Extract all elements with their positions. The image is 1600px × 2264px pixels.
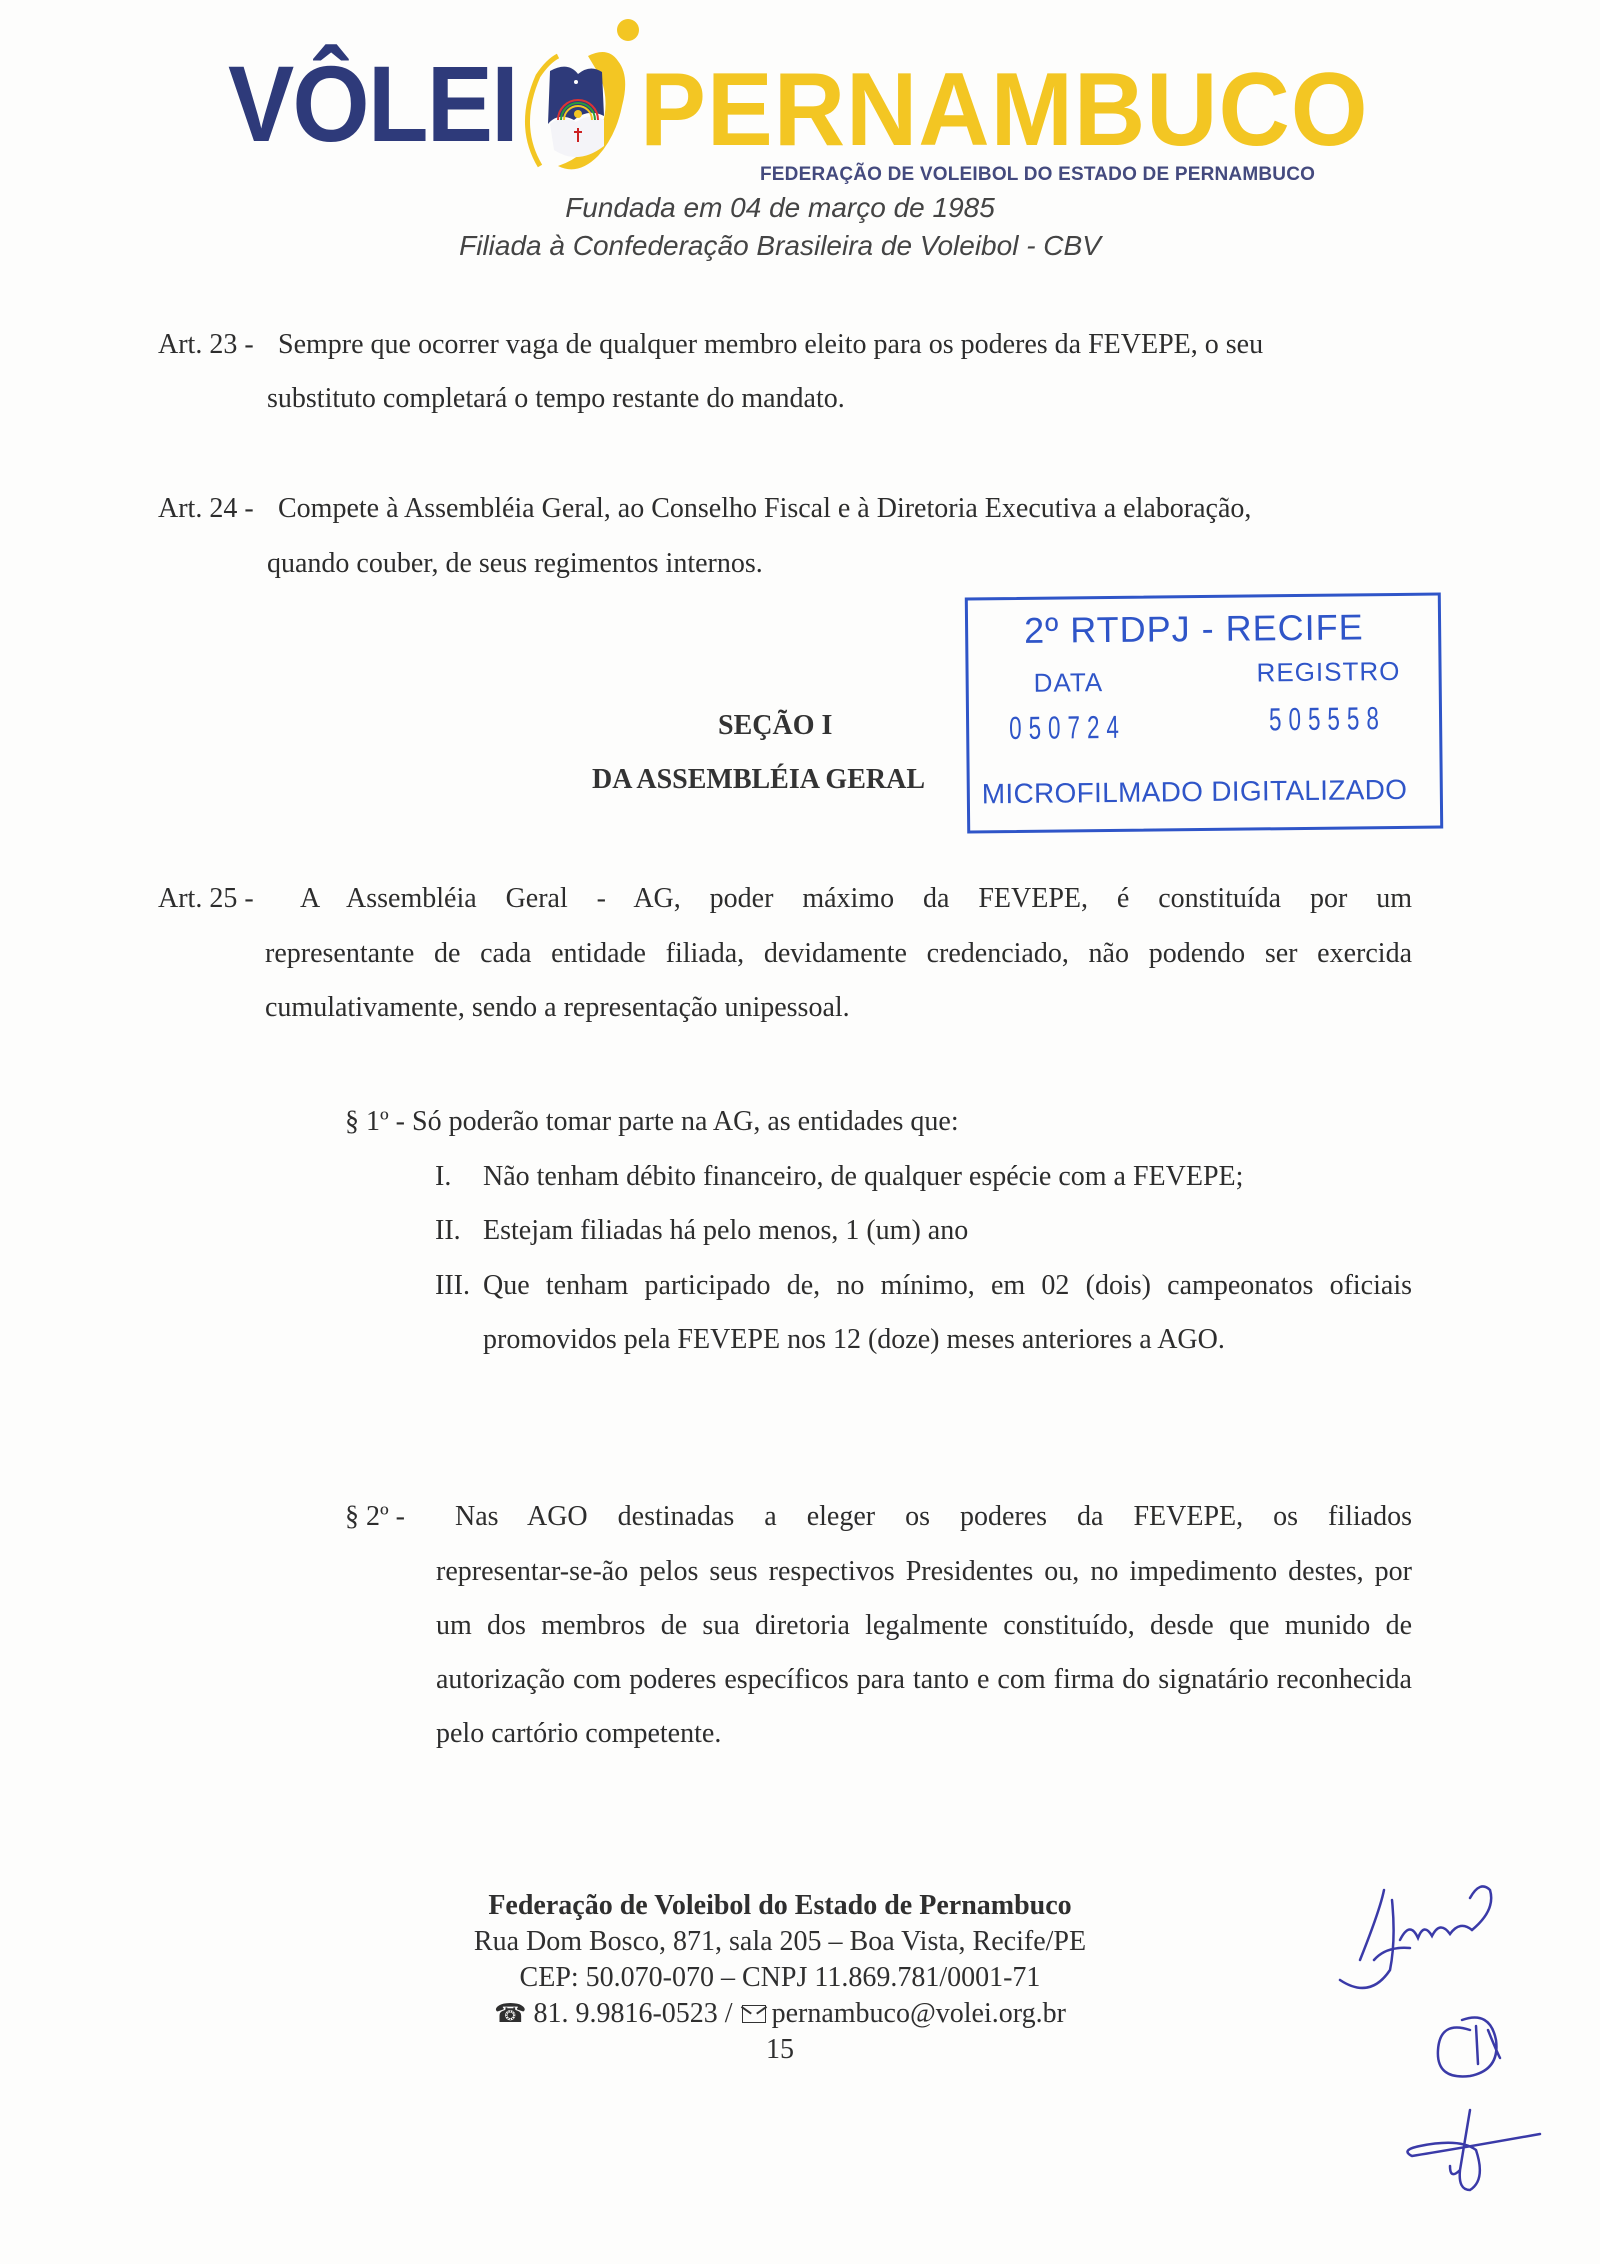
art25-line1: A Assembléia Geral - AG, poder máximo da… <box>300 872 1412 926</box>
item-3-num: III. <box>435 1259 470 1313</box>
paragraph-2-line1: Nas AGO destinadas a eleger os poderes d… <box>455 1490 1412 1544</box>
logo-volei-text: VÔLEI <box>228 50 517 158</box>
stamp-data-label: DATA <box>1034 667 1104 699</box>
stamp-registro-label: REGISTRO <box>1256 656 1400 689</box>
item-1-text: Não tenham débito financeiro, de qualque… <box>483 1150 1243 1204</box>
item-2-text: Estejam filiadas há pelo menos, 1 (um) a… <box>483 1204 968 1258</box>
art23-line1: Sempre que ocorrer vaga de qualquer memb… <box>278 318 1263 372</box>
section-title: SEÇÃO I <box>718 710 832 742</box>
art25-rest: representante de cada entidade filiada, … <box>265 927 1412 1035</box>
art24-line1: Compete à Assembléia Geral, ao Conselho … <box>278 482 1251 536</box>
section-subtitle: DA ASSEMBLÉIA GERAL <box>592 764 925 796</box>
logo-subtitle: FEDERAÇÃO DE VOLEIBOL DO ESTADO DE PERNA… <box>760 164 1315 186</box>
art23-label: Art. 23 - <box>158 318 254 372</box>
logo-pernambuco-text: PERNAMBUCO <box>640 58 1369 162</box>
art24-line2: quando couber, de seus regimentos intern… <box>267 537 763 591</box>
paragraph-2-rest: representar-se-ão pelos seus respectivos… <box>436 1545 1412 1761</box>
stamp-registro-value: 505558 <box>1269 700 1386 738</box>
handwritten-signatures-icon <box>1300 1850 1560 2210</box>
art23-line2: substituto completará o tempo restante d… <box>267 372 845 426</box>
registry-stamp: 2º RTDPJ - RECIFE DATA REGISTRO 050724 5… <box>965 593 1443 834</box>
item-1-num: I. <box>435 1150 451 1204</box>
envelope-icon <box>742 2005 766 2023</box>
founded-date: Fundada em 04 de março de 1985 <box>0 192 1560 224</box>
paragraph-2-label: § 2º - <box>345 1490 405 1544</box>
affiliation: Filiada à Confederação Brasileira de Vol… <box>0 230 1560 262</box>
stamp-title: 2º RTDPJ - RECIFE <box>1024 606 1364 652</box>
stamp-data-value: 050724 <box>1009 709 1126 747</box>
phone-icon: ☎ <box>494 1999 526 2028</box>
item-2-num: II. <box>435 1204 461 1258</box>
art25-label: Art. 25 - <box>158 872 254 926</box>
art24-label: Art. 24 - <box>158 482 254 536</box>
paragraph-1: § 1º - Só poderão tomar parte na AG, as … <box>345 1095 959 1149</box>
item-3-text: Que tenham participado de, no mínimo, em… <box>483 1259 1412 1367</box>
footer-email[interactable]: pernambuco@volei.org.br <box>772 1998 1066 2029</box>
stamp-footer: MICROFILMADO DIGITALIZADO <box>982 774 1408 810</box>
footer-phone: 81. 9.9816-0523 / <box>533 1998 732 2029</box>
